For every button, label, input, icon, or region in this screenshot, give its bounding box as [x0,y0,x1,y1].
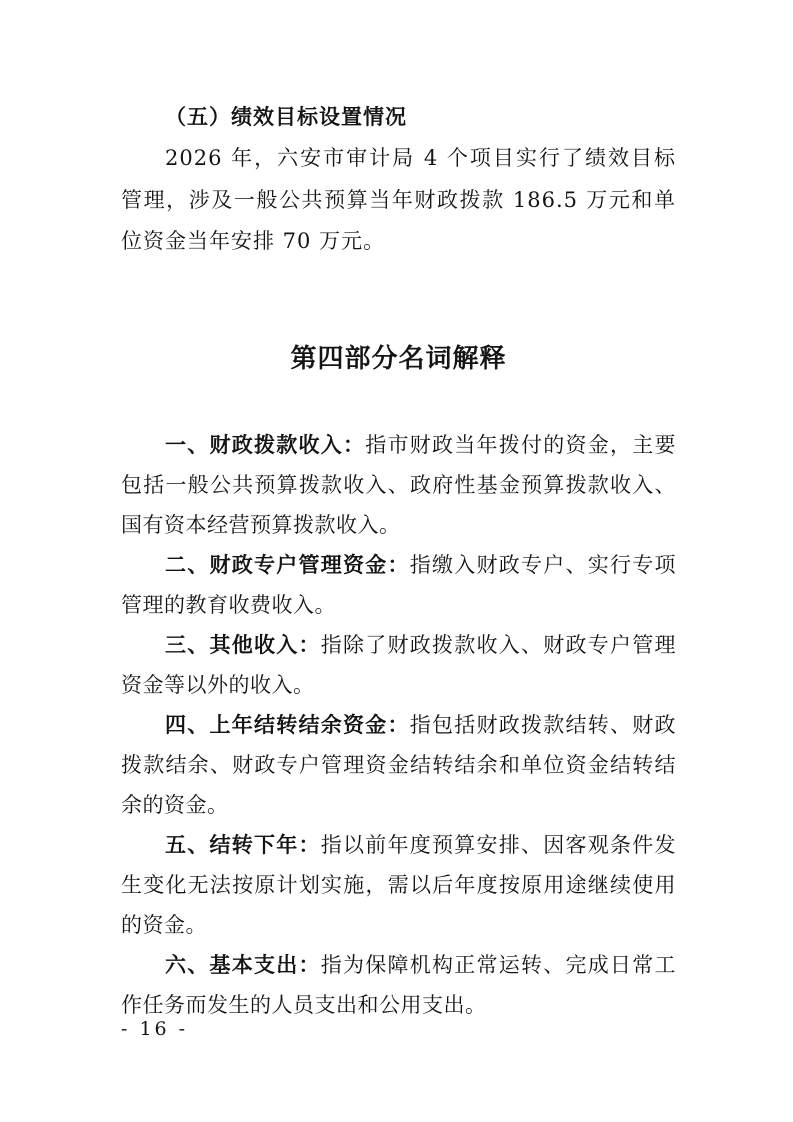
terms-list: 一、财政拨款收入：指市财政当年拨付的资金，主要包括一般公共预算拨款收入、政府性基… [121,425,676,1025]
term-label: 五、结转下年： [165,833,321,857]
term-label: 二、财政专户管理资金： [165,553,410,577]
term-item: 三、其他收入：指除了财政拨款收入、财政专户管理资金等以外的收入。 [121,625,676,705]
document-content: （五）绩效目标设置情况 2026 年，六安市审计局 4 个项目实行了绩效目标管理… [121,0,676,1025]
term-item: 五、结转下年：指以前年度预算安排、因客观条件发生变化无法按原计划实施，需以后年度… [121,825,676,945]
part-title: 第四部分名词解释 [121,337,676,381]
term-item: 二、财政专户管理资金：指缴入财政专户、实行专项管理的教育收费收入。 [121,545,676,625]
term-item: 一、财政拨款收入：指市财政当年拨付的资金，主要包括一般公共预算拨款收入、政府性基… [121,425,676,545]
term-label: 三、其他收入： [165,633,321,657]
section-paragraph: 2026 年，六安市审计局 4 个项目实行了绩效目标管理，涉及一般公共预算当年财… [121,138,676,263]
term-label: 六、基本支出： [165,953,321,977]
term-item: 六、基本支出：指为保障机构正常运转、完成日常工作任务而发生的人员支出和公用支出。 [121,945,676,1025]
term-item: 四、上年结转结余资金：指包括财政拨款结转、财政拨款结余、财政专户管理资金结转结余… [121,705,676,825]
term-label: 四、上年结转结余资金： [165,713,410,737]
document-page: （五）绩效目标设置情况 2026 年，六安市审计局 4 个项目实行了绩效目标管理… [0,0,793,1122]
page-number: - 16 - [121,1016,188,1042]
term-label: 一、财政拨款收入： [165,433,365,457]
section-heading: （五）绩效目标设置情况 [121,96,676,138]
